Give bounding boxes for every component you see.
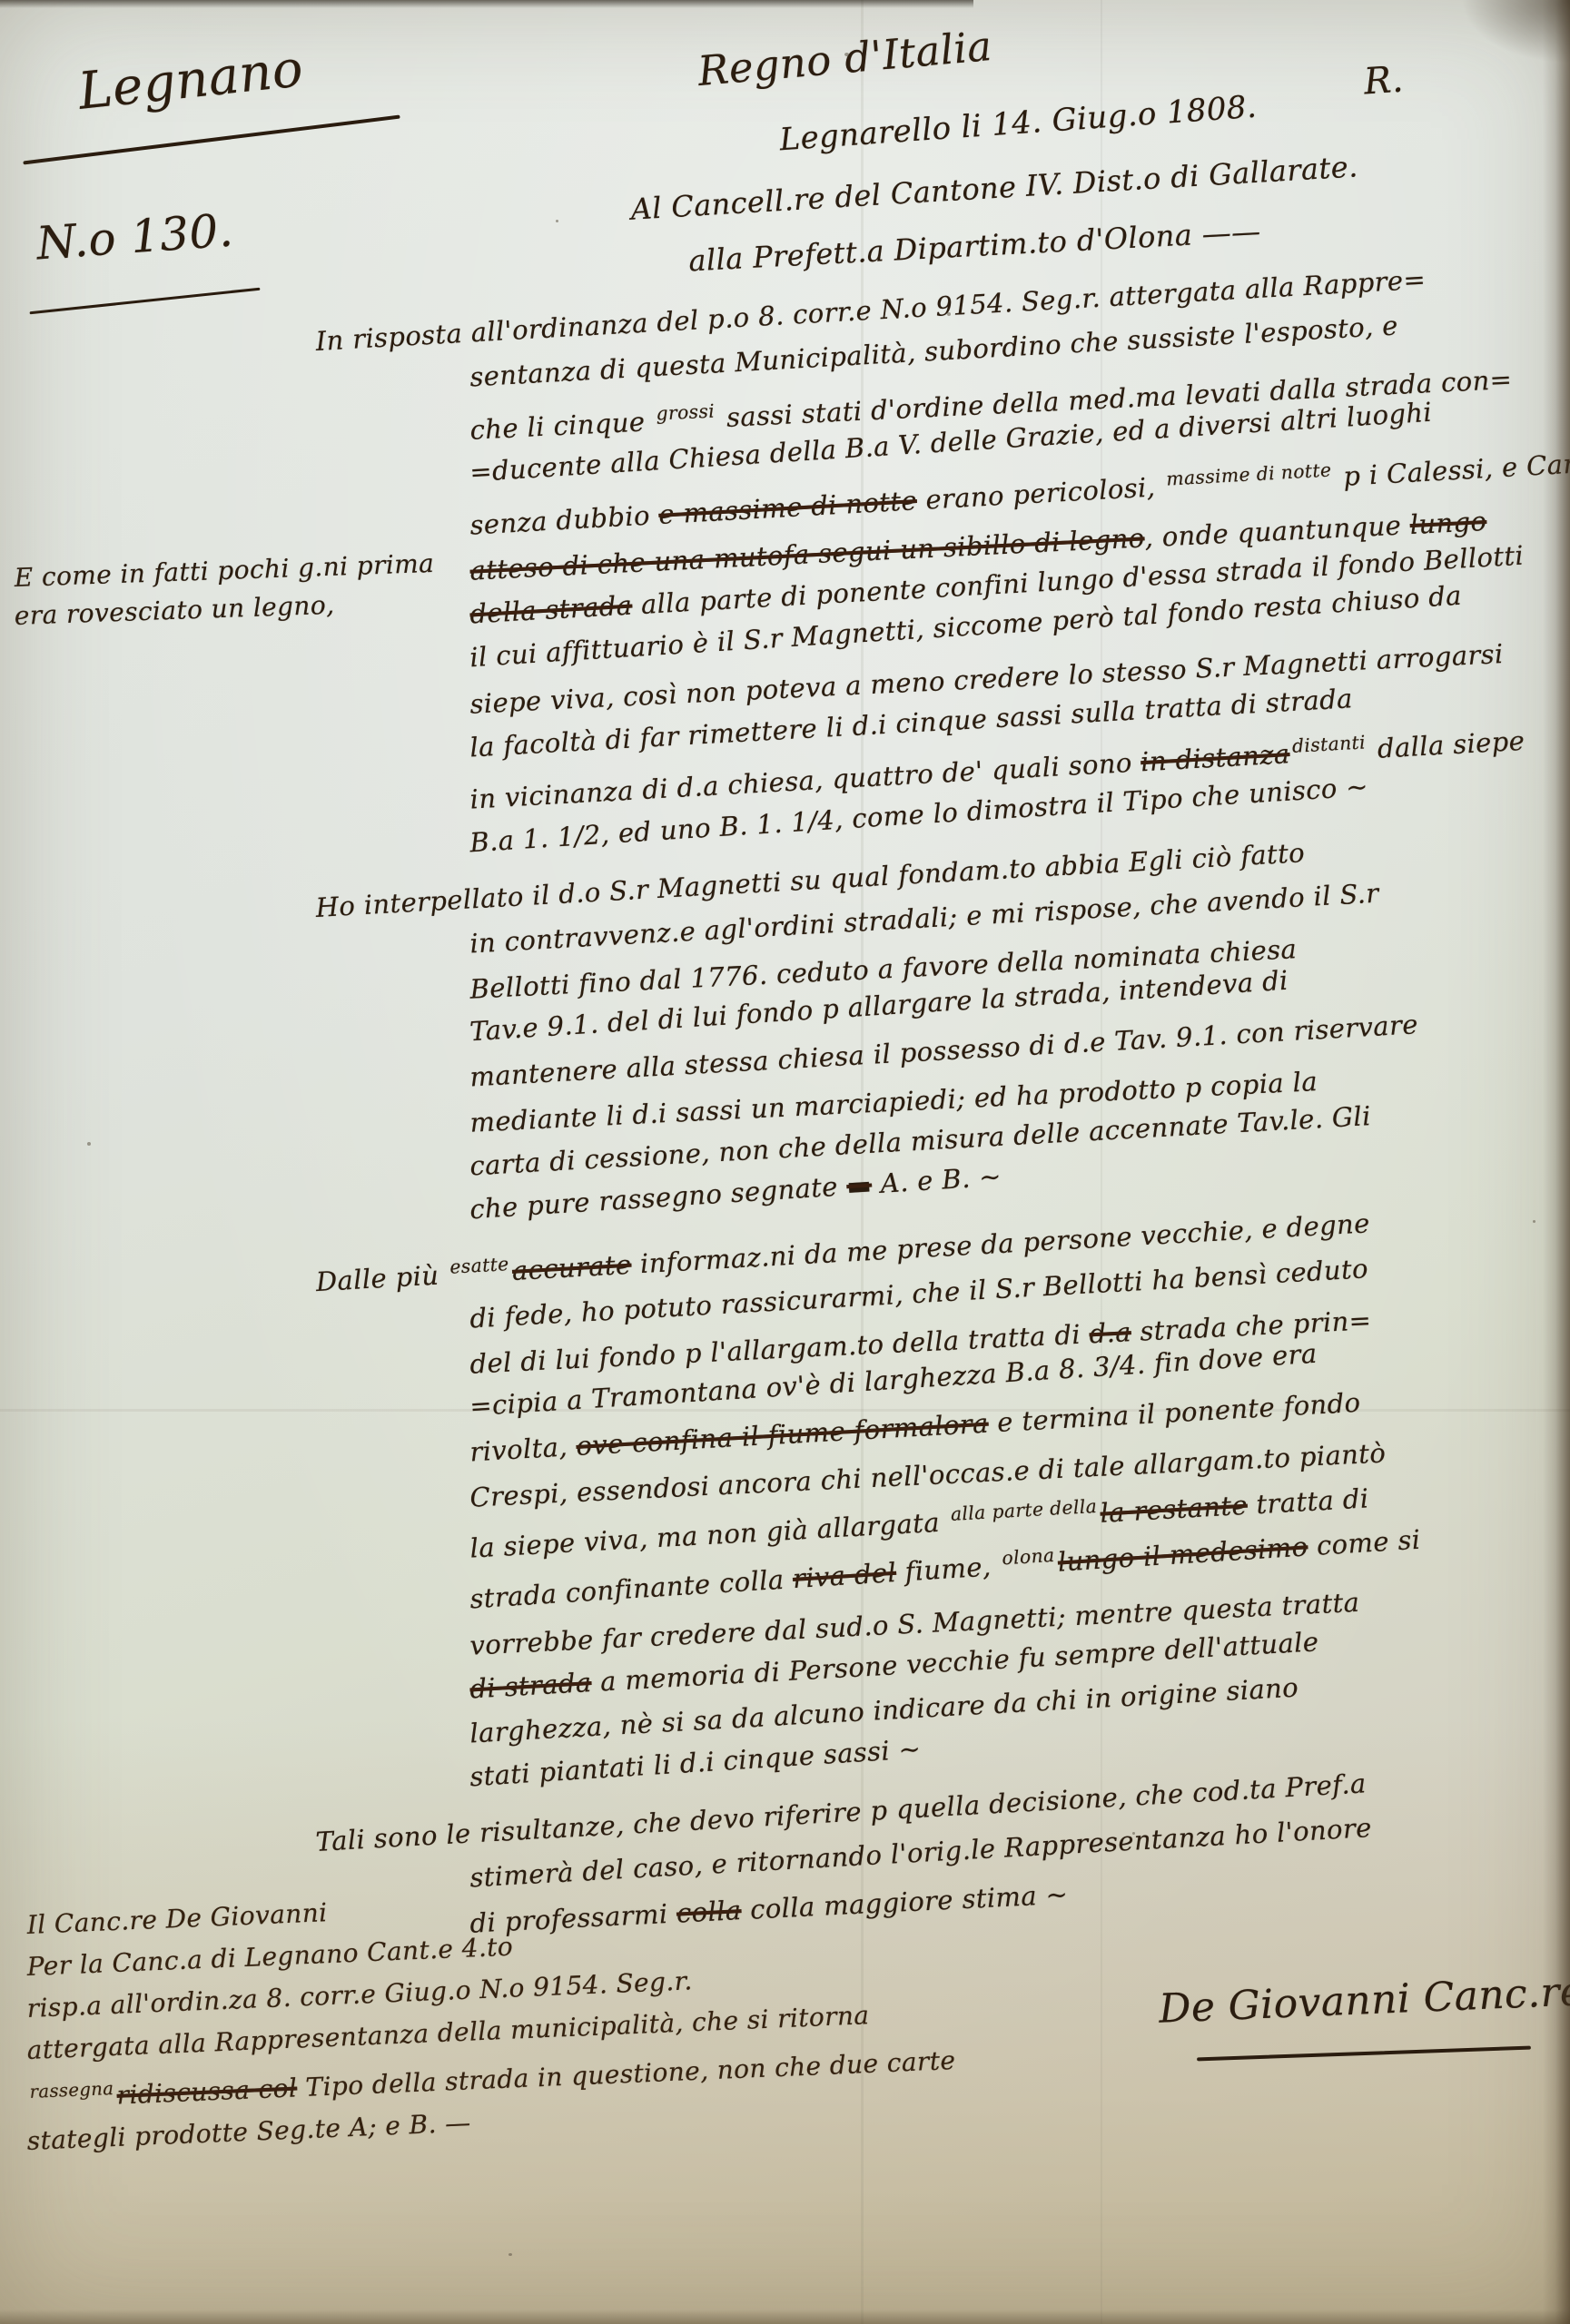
paper-speck [87,1142,91,1146]
paper-speck [556,220,558,222]
paper-speck [509,2253,512,2256]
manuscript-page: Legnano N.o 130. R. Regno d'Italia Legna… [0,0,1570,2324]
paper-speck [844,53,849,56]
paper-speck [947,312,951,316]
paper-speck [1132,1832,1135,1835]
photo-vignette [0,0,1570,2324]
paper-speck [1533,1220,1535,1223]
